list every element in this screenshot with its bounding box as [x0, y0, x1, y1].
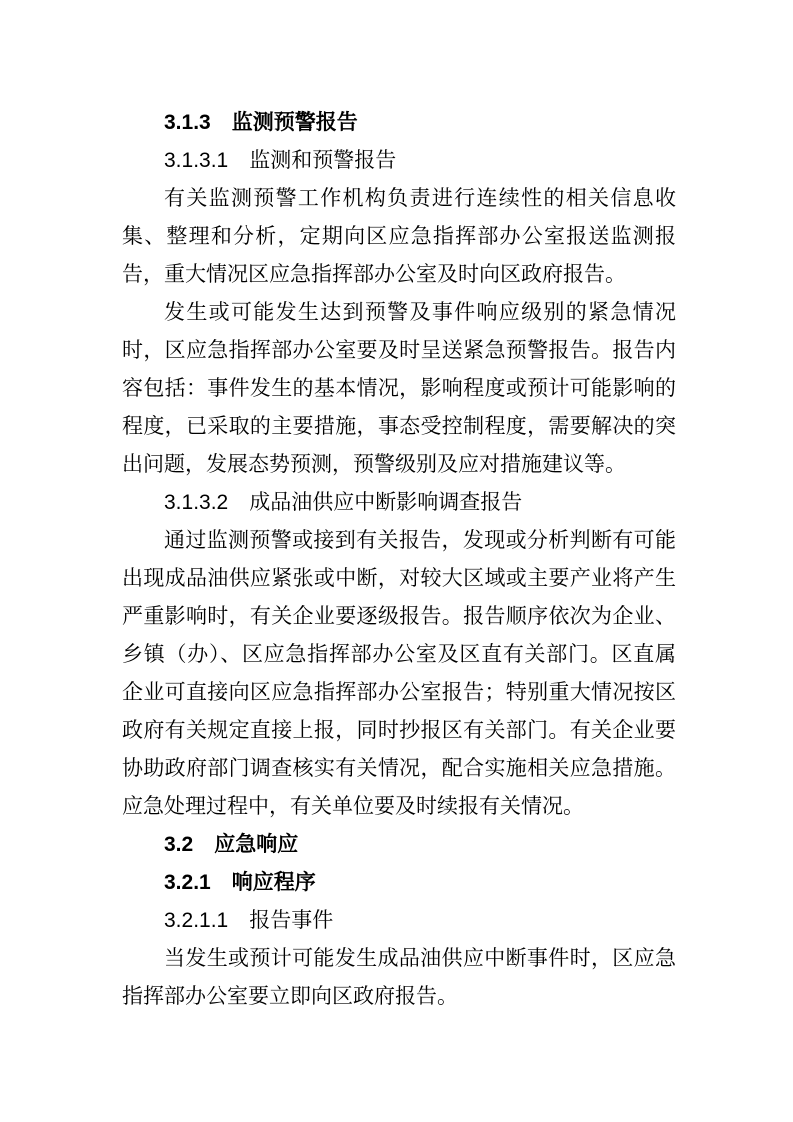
heading-3-1-3-1-monitoring-and-warning-report: 3.1.3.1 监测和预警报告	[122, 142, 676, 180]
paragraph-urgent-warning-report-contents: 发生或可能发生达到预警及事件响应级别的紧急情况时，区应急指挥部办公室要及时呈送紧…	[122, 294, 676, 484]
page-content: 3.1.3 监测预警报告 3.1.3.1 监测和预警报告 有关监测预警工作机构负…	[122, 104, 676, 1016]
heading-3-2-1-1-report-event: 3.2.1.1 报告事件	[122, 902, 676, 940]
heading-3-1-3-2-oil-supply-interruption-investigation-report: 3.1.3.2 成品油供应中断影响调查报告	[122, 484, 676, 522]
heading-3-2-emergency-response: 3.2 应急响应	[122, 826, 676, 864]
paragraph-monitoring-info-collection: 有关监测预警工作机构负责进行连续性的相关信息收集、整理和分析，定期向区应急指挥部…	[122, 180, 676, 294]
document-page: 3.1.3 监测预警报告 3.1.3.1 监测和预警报告 有关监测预警工作机构负…	[0, 0, 793, 1122]
heading-3-2-1-response-procedure: 3.2.1 响应程序	[122, 864, 676, 902]
heading-3-1-3-monitoring-warning-report: 3.1.3 监测预警报告	[122, 104, 676, 142]
paragraph-reporting-order-and-enterprise-duties: 通过监测预警或接到有关报告，发现或分析判断有可能出现成品油供应紧张或中断，对较大…	[122, 522, 676, 826]
paragraph-immediate-report-to-district-government: 当发生或预计可能发生成品油供应中断事件时，区应急指挥部办公室要立即向区政府报告。	[122, 940, 676, 1016]
